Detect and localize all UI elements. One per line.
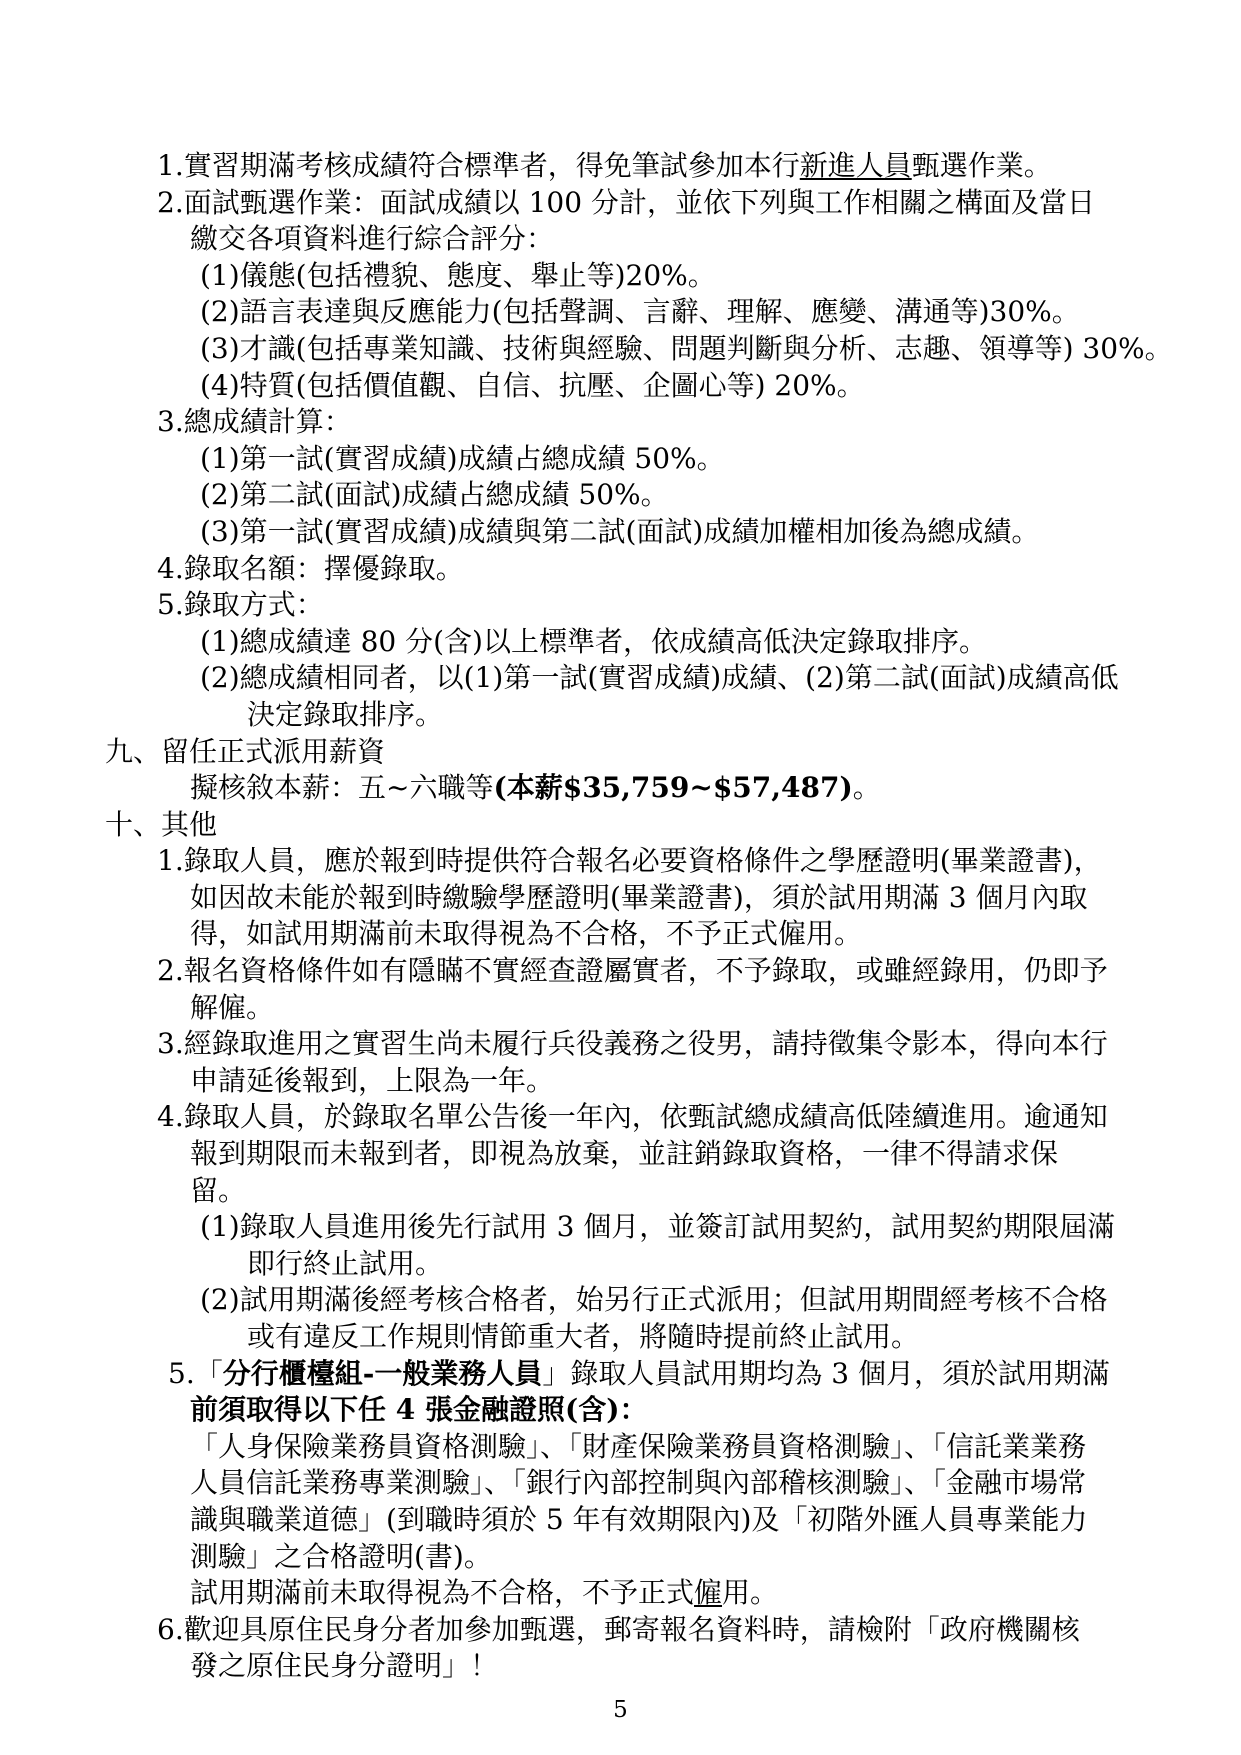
text-run: 4.錄取人員，於錄取名單公告後一年內，依甄試總成績高低陸續進用。逾通知 — [157, 1100, 1108, 1133]
text-run: (1)錄取人員進用後先行試用 3 個月，並簽訂試用契約，試用契約期限屆滿 — [200, 1210, 1115, 1243]
text-run: 「人身保險業務員資格測驗」、「財產保險業務員資格測驗」、「信託業業務 — [190, 1430, 1086, 1463]
text-line: (1)儀態(包括禮貌、態度、舉止等)20%。 — [200, 258, 1241, 295]
text-run: 甄選作業。 — [912, 149, 1052, 182]
text-line: (3)才識(包括專業知識、技術與經驗、問題判斷與分析、志趣、領導等) 30%。 — [200, 331, 1241, 368]
text-line: 如因故未能於報到時繳驗學歷證明(畢業證書)，須於試用期滿 3 個月內取 — [190, 880, 1241, 917]
text-run: (1)總成績達 80 分(含)以上標準者，依成績高低決定錄取排序。 — [200, 625, 987, 658]
text-run: 前須取得以下任 4 張金融證照(含)： — [190, 1393, 647, 1426]
text-run: 決定錄取排序。 — [247, 698, 443, 731]
text-run: 僱 — [694, 1576, 722, 1609]
text-line: 前須取得以下任 4 張金融證照(含)： — [190, 1392, 1241, 1429]
text-run: 5.錄取方式： — [157, 588, 324, 621]
text-line: 十、其他 — [105, 807, 1241, 844]
text-run: (2)總成績相同者，以(1)第一試(實習成績)成績、(2)第二試(面試)成績高低 — [200, 661, 1119, 694]
text-line: (2)總成績相同者，以(1)第一試(實習成績)成績、(2)第二試(面試)成績高低 — [200, 660, 1241, 697]
text-line: 解僱。 — [190, 990, 1241, 1027]
text-line: 識與職業道德」(到職時須於 5 年有效期限內)及「初階外匯人員專業能力 — [190, 1502, 1241, 1539]
text-run: 2.面試甄選作業：面試成績以 100 分計，並依下列與工作相關之構面及當日 — [157, 186, 1095, 219]
text-line: (4)特質(包括價值觀、自信、抗壓、企圖心等) 20%。 — [200, 368, 1241, 405]
text-run: 擬核敘本薪：五~六職等 — [190, 771, 493, 804]
text-run: 2.報名資格條件如有隱瞞不實經查證屬實者，不予錄取，或雖經錄用，仍即予 — [157, 954, 1108, 987]
page-number: 5 — [0, 1695, 1241, 1725]
text-line: 擬核敘本薪：五~六職等(本薪$35,759~$57,487)。 — [190, 770, 1241, 807]
text-run: 九、留任正式派用薪資 — [105, 735, 385, 768]
text-line: 決定錄取排序。 — [247, 697, 1241, 734]
text-run: (3)才識(包括專業知識、技術與經驗、問題判斷與分析、志趣、領導等) 30%。 — [200, 332, 1173, 365]
text-run: 報到期限而未報到者，即視為放棄，並註銷錄取資格，一律不得請求保 — [190, 1137, 1058, 1170]
text-line: 九、留任正式派用薪資 — [105, 734, 1241, 771]
text-run: 試用期滿前未取得視為不合格，不予正式 — [190, 1576, 694, 1609]
text-run: 繳交各項資料進行綜合評分： — [190, 222, 554, 255]
text-line: 3.總成績計算： — [157, 404, 1241, 441]
text-run: (4)特質(包括價值觀、自信、抗壓、企圖心等) 20%。 — [200, 369, 865, 402]
document-page: 1.實習期滿考核成績符合標準者，得免筆試參加本行新進人員甄選作業。2.面試甄選作… — [0, 0, 1241, 1755]
text-line: 繳交各項資料進行綜合評分： — [190, 221, 1241, 258]
text-run: 測驗」之合格證明(書)。 — [190, 1540, 492, 1573]
text-run: 6.歡迎具原住民身分者加參加甄選，郵寄報名資料時，請檢附「政府機關核 — [157, 1613, 1080, 1646]
page-body: 1.實習期滿考核成績符合標準者，得免筆試參加本行新進人員甄選作業。2.面試甄選作… — [0, 148, 1241, 1685]
text-line: 6.歡迎具原住民身分者加參加甄選，郵寄報名資料時，請檢附「政府機關核 — [157, 1612, 1241, 1649]
text-line: (1)錄取人員進用後先行試用 3 個月，並簽訂試用契約，試用契約期限屆滿 — [200, 1209, 1241, 1246]
text-run: (2)第二試(面試)成績占總成績 50%。 — [200, 478, 669, 511]
text-line: 即行終止試用。 — [247, 1246, 1241, 1283]
text-run: 。 — [853, 771, 881, 804]
text-line: 「人身保險業務員資格測驗」、「財產保險業務員資格測驗」、「信託業業務 — [190, 1429, 1241, 1466]
text-line: 發之原住民身分證明」！ — [190, 1648, 1241, 1685]
text-line: 試用期滿前未取得視為不合格，不予正式僱用。 — [190, 1575, 1241, 1612]
text-line: (2)試用期滿後經考核合格者，始另行正式派用；但試用期間經考核不合格 — [200, 1282, 1241, 1319]
text-run: 5.「 — [168, 1357, 223, 1390]
text-line: (2)第二試(面試)成績占總成績 50%。 — [200, 477, 1241, 514]
text-run: 1.錄取人員，應於報到時提供符合報名必要資格條件之學歷證明(畢業證書)， — [157, 844, 1102, 877]
text-line: 2.報名資格條件如有隱瞞不實經查證屬實者，不予錄取，或雖經錄用，仍即予 — [157, 953, 1241, 990]
text-line: 留。 — [190, 1173, 1241, 1210]
text-run: 即行終止試用。 — [247, 1247, 443, 1280]
text-run: 新進人員 — [800, 149, 912, 182]
text-line: (1)第一試(實習成績)成績占總成績 50%。 — [200, 441, 1241, 478]
text-run: 1.實習期滿考核成績符合標準者，得免筆試參加本行 — [157, 149, 800, 182]
text-run: 」錄取人員試用期均為 3 個月，須於試用期滿 — [542, 1357, 1110, 1390]
text-run: 用。 — [722, 1576, 778, 1609]
text-run: 3.總成績計算： — [157, 405, 352, 438]
text-run: 十、其他 — [105, 808, 217, 841]
text-run: 如因故未能於報到時繳驗學歷證明(畢業證書)，須於試用期滿 3 個月內取 — [190, 881, 1087, 914]
text-run: (1)儀態(包括禮貌、態度、舉止等)20%。 — [200, 259, 716, 292]
text-line: 申請延後報到，上限為一年。 — [190, 1063, 1241, 1100]
text-run: 或有違反工作規則情節重大者，將隨時提前終止試用。 — [247, 1320, 919, 1353]
text-run: (2)試用期滿後經考核合格者，始另行正式派用；但試用期間經考核不合格 — [200, 1283, 1108, 1316]
text-line: 得，如試用期滿前未取得視為不合格，不予正式僱用。 — [190, 916, 1241, 953]
text-line: (3)第一試(實習成績)成績與第二試(面試)成績加權相加後為總成績。 — [200, 514, 1241, 551]
text-line: 5.錄取方式： — [157, 587, 1241, 624]
text-line: (1)總成績達 80 分(含)以上標準者，依成績高低決定錄取排序。 — [200, 624, 1241, 661]
text-line: 或有違反工作規則情節重大者，將隨時提前終止試用。 — [247, 1319, 1241, 1356]
text-run: 得，如試用期滿前未取得視為不合格，不予正式僱用。 — [190, 917, 862, 950]
text-line: 測驗」之合格證明(書)。 — [190, 1539, 1241, 1576]
text-line: 1.實習期滿考核成績符合標準者，得免筆試參加本行新進人員甄選作業。 — [157, 148, 1241, 185]
text-run: (本薪$35,759~$57,487) — [493, 771, 852, 804]
text-line: 4.錄取名額：擇優錄取。 — [157, 551, 1241, 588]
text-run: 解僱。 — [190, 991, 274, 1024]
text-run: 申請延後報到，上限為一年。 — [190, 1064, 554, 1097]
text-run: 4.錄取名額：擇優錄取。 — [157, 552, 464, 585]
text-line: 2.面試甄選作業：面試成績以 100 分計，並依下列與工作相關之構面及當日 — [157, 185, 1241, 222]
text-run: 留。 — [190, 1174, 246, 1207]
text-run: 發之原住民身分證明」！ — [190, 1649, 498, 1682]
text-line: 報到期限而未報到者，即視為放棄，並註銷錄取資格，一律不得請求保 — [190, 1136, 1241, 1173]
text-line: 4.錄取人員，於錄取名單公告後一年內，依甄試總成績高低陸續進用。逾通知 — [157, 1099, 1241, 1136]
text-line: (2)語言表達與反應能力(包括聲調、言辭、理解、應變、溝通等)30%。 — [200, 294, 1241, 331]
text-run: (1)第一試(實習成績)成績占總成績 50%。 — [200, 442, 725, 475]
text-run: 人員信託業務專業測驗」、「銀行內部控制與內部稽核測驗」、「金融市場常 — [190, 1466, 1086, 1499]
text-run: (2)語言表達與反應能力(包括聲調、言辭、理解、應變、溝通等)30%。 — [200, 295, 1080, 328]
text-line: 人員信託業務專業測驗」、「銀行內部控制與內部稽核測驗」、「金融市場常 — [190, 1465, 1241, 1502]
text-line: 5.「分行櫃檯組-一般業務人員」錄取人員試用期均為 3 個月，須於試用期滿 — [168, 1356, 1241, 1393]
text-run: 分行櫃檯組-一般業務人員 — [223, 1357, 543, 1390]
text-line: 3.經錄取進用之實習生尚未履行兵役義務之役男，請持徵集令影本，得向本行 — [157, 1026, 1241, 1063]
text-run: 識與職業道德」(到職時須於 5 年有效期限內)及「初階外匯人員專業能力 — [190, 1503, 1087, 1536]
text-run: (3)第一試(實習成績)成績與第二試(面試)成績加權相加後為總成績。 — [200, 515, 1039, 548]
text-run: 3.經錄取進用之實習生尚未履行兵役義務之役男，請持徵集令影本，得向本行 — [157, 1027, 1108, 1060]
text-line: 1.錄取人員，應於報到時提供符合報名必要資格條件之學歷證明(畢業證書)， — [157, 843, 1241, 880]
